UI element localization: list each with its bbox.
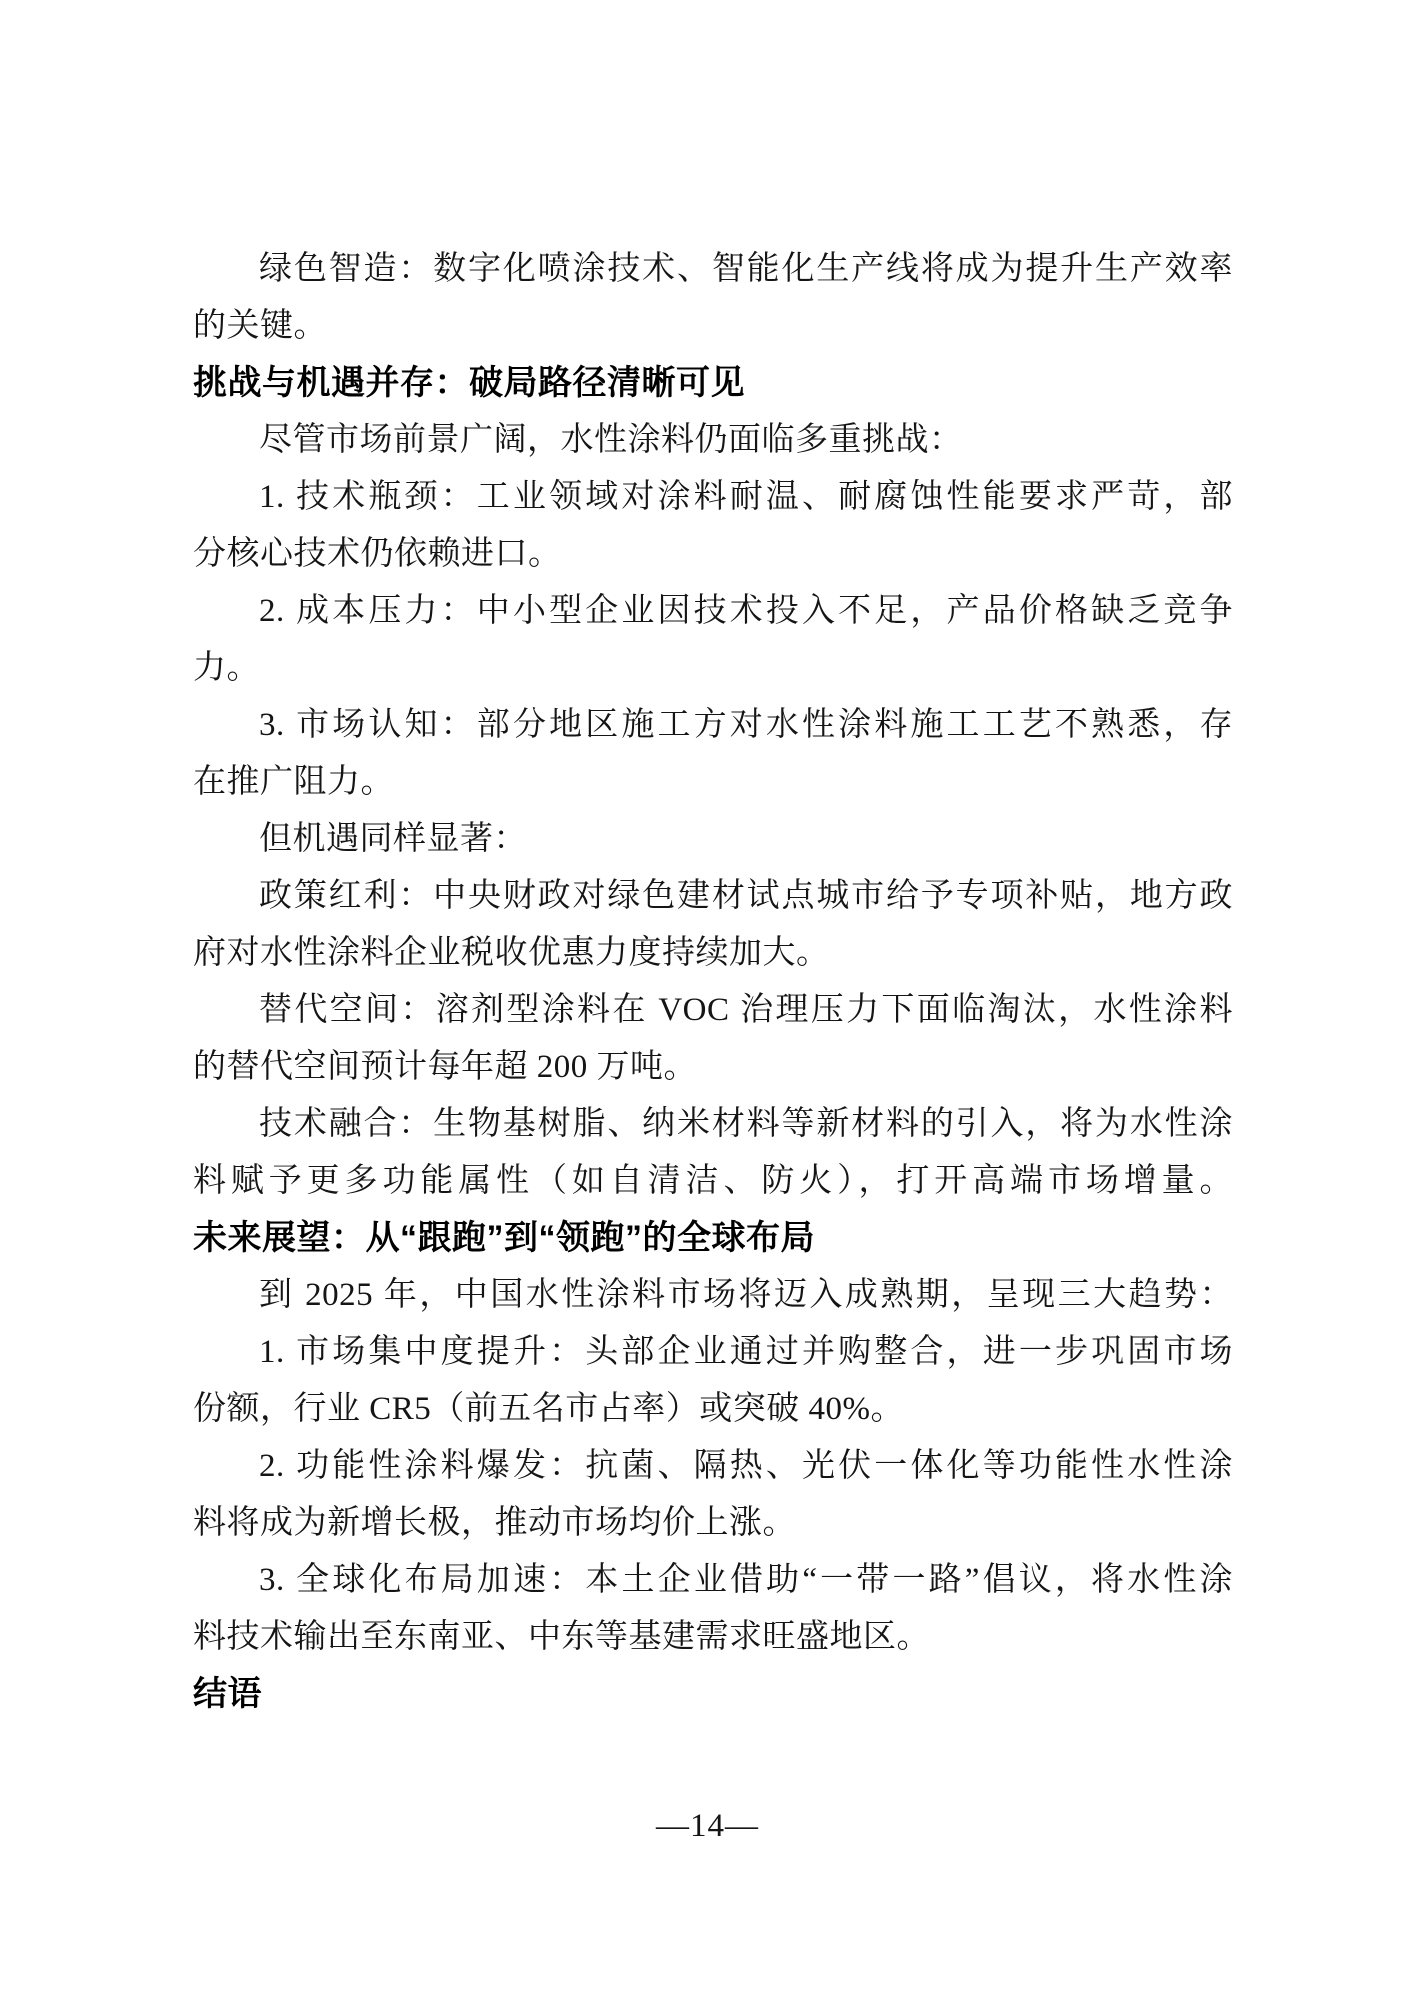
- text-line: 3. 全球化布局加速：本土企业借助“一带一路”倡议，将水性涂: [193, 1552, 1233, 1609]
- text-line: 1. 技术瓶颈：工业领域对涂料耐温、耐腐蚀性能要求严苛，部: [193, 469, 1233, 526]
- text-line: 2. 功能性涂料爆发：抗菌、隔热、光伏一体化等功能性水性涂: [193, 1438, 1233, 1495]
- text-line: 分核心技术仍依赖进口。: [193, 526, 1233, 583]
- section-heading: 未来展望：从“跟跑”到“领跑”的全球布局: [193, 1210, 1233, 1267]
- paragraph: 3. 全球化布局加速：本土企业借助“一带一路”倡议，将水性涂料技术输出至东南亚、…: [193, 1552, 1233, 1666]
- page-number: —14—: [0, 1804, 1415, 1848]
- text-line: 府对水性涂料企业税收优惠力度持续加大。: [193, 925, 1233, 982]
- text-line: 技术融合：生物基树脂、纳米材料等新材料的引入，将为水性涂: [193, 1096, 1233, 1153]
- paragraph: 2. 成本压力：中小型企业因技术投入不足，产品价格缺乏竞争力。: [193, 583, 1233, 697]
- text-line: 在推广阻力。: [193, 754, 1233, 811]
- heading-line: 结语: [193, 1666, 1233, 1723]
- document-page: 绿色智造：数字化喷涂技术、智能化生产线将成为提升生产效率的关键。挑战与机遇并存：…: [0, 0, 1415, 2000]
- text-line: 的关键。: [193, 298, 1233, 355]
- text-line: 料技术输出至东南亚、中东等基建需求旺盛地区。: [193, 1609, 1233, 1666]
- text-line: 力。: [193, 640, 1233, 697]
- text-block: 绿色智造：数字化喷涂技术、智能化生产线将成为提升生产效率的关键。挑战与机遇并存：…: [193, 241, 1233, 1723]
- paragraph: 尽管市场前景广阔，水性涂料仍面临多重挑战：: [193, 412, 1233, 469]
- paragraph: 替代空间：溶剂型涂料在 VOC 治理压力下面临淘汰，水性涂料的替代空间预计每年超…: [193, 982, 1233, 1096]
- text-line: 的替代空间预计每年超 200 万吨。: [193, 1039, 1233, 1096]
- paragraph: 绿色智造：数字化喷涂技术、智能化生产线将成为提升生产效率的关键。: [193, 241, 1233, 355]
- heading-line: 挑战与机遇并存：破局路径清晰可见: [193, 355, 1233, 412]
- text-line: 政策红利：中央财政对绿色建材试点城市给予专项补贴，地方政: [193, 868, 1233, 925]
- section-heading: 挑战与机遇并存：破局路径清晰可见: [193, 355, 1233, 412]
- text-line: 到 2025 年，中国水性涂料市场将迈入成熟期，呈现三大趋势：: [193, 1267, 1233, 1324]
- paragraph: 2. 功能性涂料爆发：抗菌、隔热、光伏一体化等功能性水性涂料将成为新增长极，推动…: [193, 1438, 1233, 1552]
- text-line: 替代空间：溶剂型涂料在 VOC 治理压力下面临淘汰，水性涂料: [193, 982, 1233, 1039]
- text-line: 绿色智造：数字化喷涂技术、智能化生产线将成为提升生产效率: [193, 241, 1233, 298]
- text-line: 1. 市场集中度提升：头部企业通过并购整合，进一步巩固市场: [193, 1324, 1233, 1381]
- text-line: 但机遇同样显著：: [193, 811, 1233, 868]
- paragraph: 但机遇同样显著：: [193, 811, 1233, 868]
- text-line: 3. 市场认知：部分地区施工方对水性涂料施工工艺不熟悉，存: [193, 697, 1233, 754]
- paragraph: 政策红利：中央财政对绿色建材试点城市给予专项补贴，地方政府对水性涂料企业税收优惠…: [193, 868, 1233, 982]
- paragraph: 技术融合：生物基树脂、纳米材料等新材料的引入，将为水性涂料赋予更多功能属性（如自…: [193, 1096, 1233, 1210]
- paragraph: 1. 技术瓶颈：工业领域对涂料耐温、耐腐蚀性能要求严苛，部分核心技术仍依赖进口。: [193, 469, 1233, 583]
- text-line: 份额，行业 CR5（前五名市占率）或突破 40%。: [193, 1381, 1233, 1438]
- paragraph: 到 2025 年，中国水性涂料市场将迈入成熟期，呈现三大趋势：: [193, 1267, 1233, 1324]
- text-line: 料将成为新增长极，推动市场均价上涨。: [193, 1495, 1233, 1552]
- text-line: 尽管市场前景广阔，水性涂料仍面临多重挑战：: [193, 412, 1233, 469]
- heading-line: 未来展望：从“跟跑”到“领跑”的全球布局: [193, 1210, 1233, 1267]
- section-heading: 结语: [193, 1666, 1233, 1723]
- text-line: 2. 成本压力：中小型企业因技术投入不足，产品价格缺乏竞争: [193, 583, 1233, 640]
- text-line: 料赋予更多功能属性（如自清洁、防火），打开高端市场增量。: [193, 1153, 1233, 1210]
- paragraph: 1. 市场集中度提升：头部企业通过并购整合，进一步巩固市场份额，行业 CR5（前…: [193, 1324, 1233, 1438]
- paragraph: 3. 市场认知：部分地区施工方对水性涂料施工工艺不熟悉，存在推广阻力。: [193, 697, 1233, 811]
